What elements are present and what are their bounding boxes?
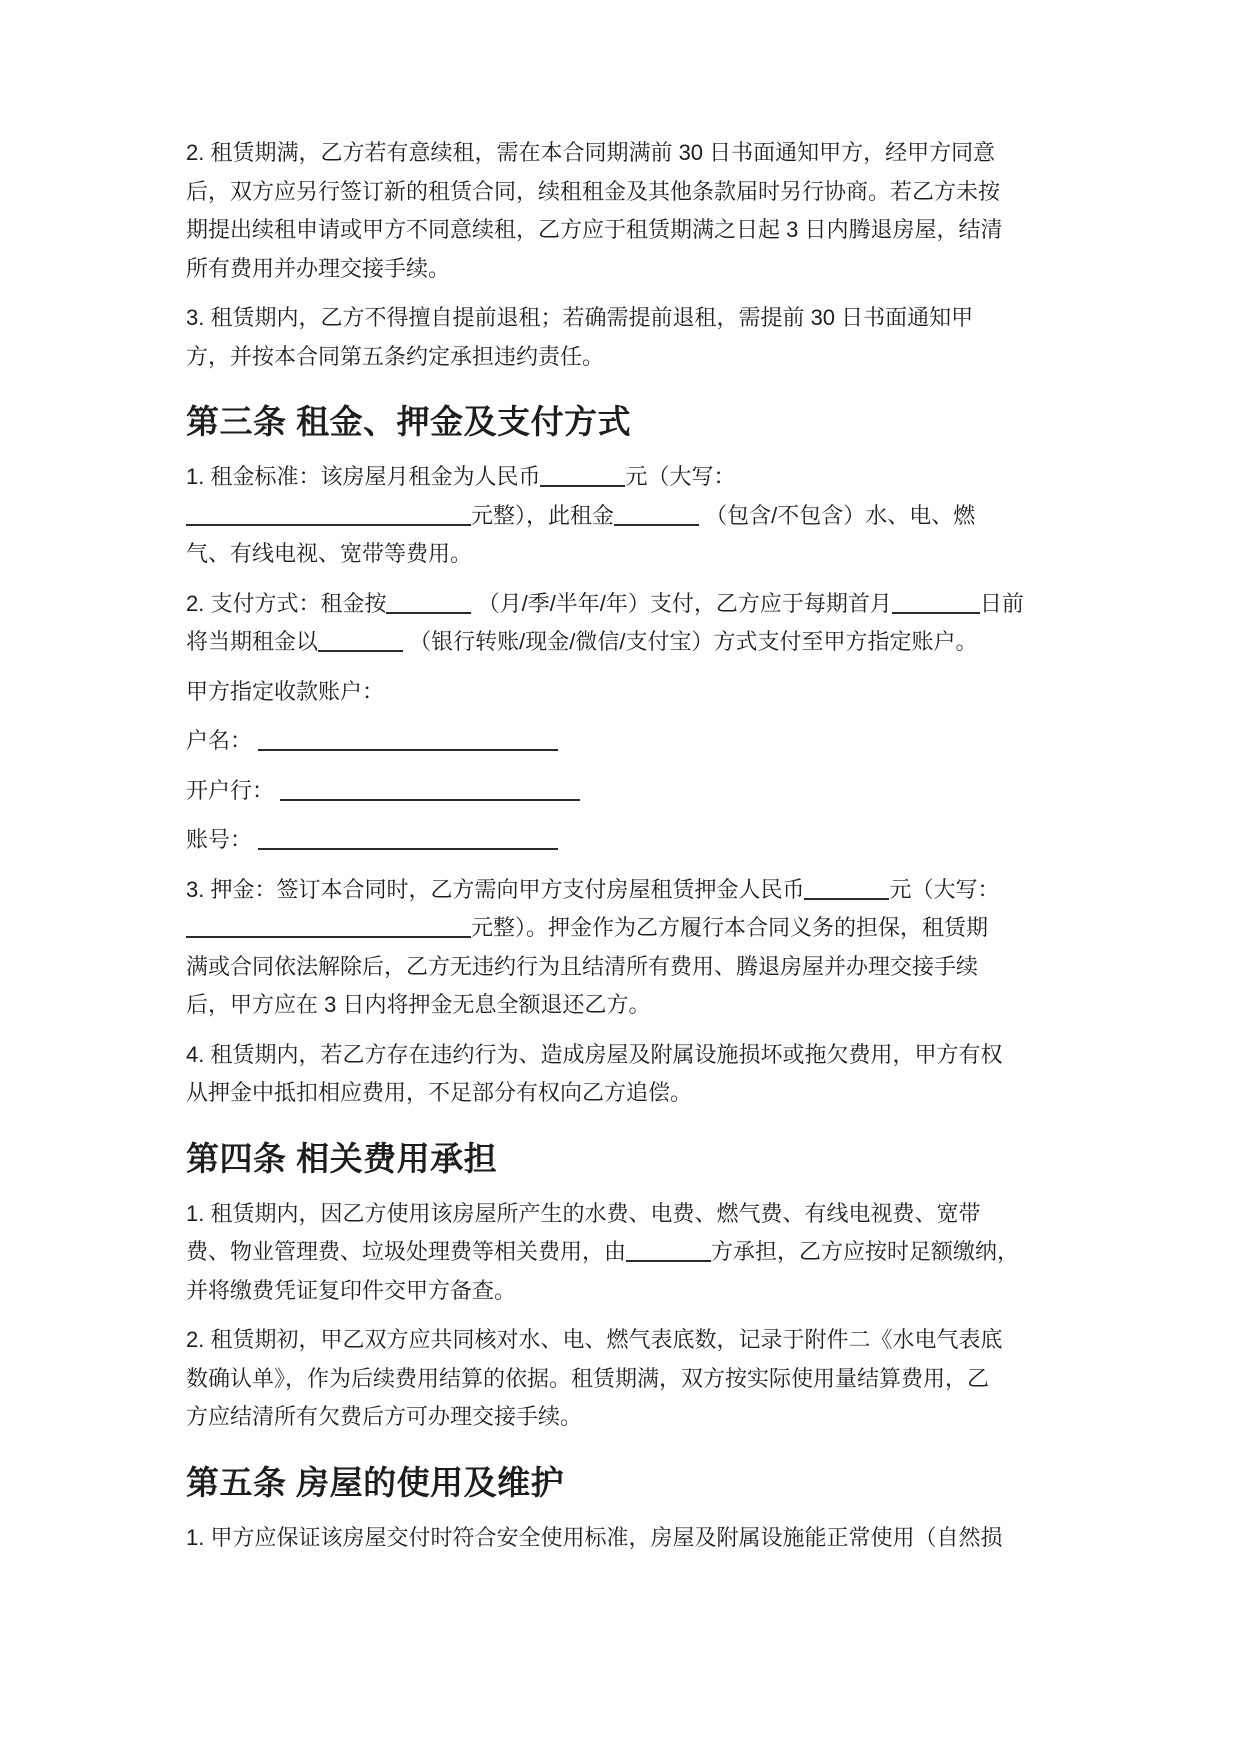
paragraph: 2. 租赁期满，乙方若有意续租，需在本合同期满前 30 日书面通知甲方，经甲方同… [186, 134, 1061, 288]
text-line: 3. 租赁期内，乙方不得擅自提前退租；若确需提前退租，需提前 30 日书面通知甲 [186, 299, 1061, 338]
paragraph: 2. 租赁期初，甲乙双方应共同核对水、电、燃气表底数，记录于附件二《水电气表底数… [186, 1321, 1061, 1437]
text-line: 4. 租赁期内，若乙方存在违约行为、造成房屋及附属设施损坏或拖欠费用，甲方有权 [186, 1036, 1061, 1075]
text-line: 元整），此租金 （包含/不包含）水、电、燃 [186, 497, 1061, 536]
text-line: 户名： [186, 722, 1061, 761]
fill-in-blank [258, 729, 558, 751]
paragraph: 户名： [186, 722, 1061, 761]
text-line: 3. 押金：签订本合同时，乙方需向甲方支付房屋租赁押金人民币元（大写： [186, 871, 1061, 910]
text-line: 数确认单》，作为后续费用结算的依据。租赁期满，双方按实际使用量结算费用，乙 [186, 1360, 1061, 1399]
text-line: 2. 支付方式：租金按 （月/季/半年/年）支付，乙方应于每期首月日前 [186, 585, 1061, 624]
fill-in-blank [280, 779, 580, 801]
section-heading: 第五条 房屋的使用及维护 [186, 1461, 1061, 1505]
paragraph: 甲方指定收款账户： [186, 673, 1061, 712]
text-line: 并将缴费凭证复印件交甲方备查。 [186, 1272, 1061, 1311]
paragraph: 1. 租金标准：该房屋月租金为人民币元（大写：元整），此租金 （包含/不包含）水… [186, 458, 1061, 574]
text-line: 期提出续租申请或甲方不同意续租，乙方应于租赁期满之日起 3 日内腾退房屋，结清 [186, 211, 1061, 250]
text-line: 气、有线电视、宽带等费用。 [186, 535, 1061, 574]
section-heading: 第四条 相关费用承担 [186, 1137, 1061, 1181]
fill-in-blank [626, 1240, 711, 1262]
paragraph: 4. 租赁期内，若乙方存在违约行为、造成房屋及附属设施损坏或拖欠费用，甲方有权从… [186, 1036, 1061, 1113]
fill-in-blank [892, 592, 980, 614]
text-line: 所有费用并办理交接手续。 [186, 250, 1061, 289]
section-heading: 第三条 租金、押金及支付方式 [186, 400, 1061, 444]
text-line: 方应结清所有欠费后方可办理交接手续。 [186, 1398, 1061, 1437]
contract-page: 2. 租赁期满，乙方若有意续租，需在本合同期满前 30 日书面通知甲方，经甲方同… [0, 0, 1241, 1755]
paragraph: 3. 租赁期内，乙方不得擅自提前退租；若确需提前退租，需提前 30 日书面通知甲… [186, 299, 1061, 376]
document-body: 2. 租赁期满，乙方若有意续租，需在本合同期满前 30 日书面通知甲方，经甲方同… [186, 134, 1061, 1568]
text-line: 方，并按本合同第五条约定承担违约责任。 [186, 338, 1061, 377]
fill-in-blank [804, 878, 889, 900]
text-line: 后，甲方应在 3 日内将押金无息全额退还乙方。 [186, 986, 1061, 1025]
text-line: 2. 租赁期初，甲乙双方应共同核对水、电、燃气表底数，记录于附件二《水电气表底 [186, 1321, 1061, 1360]
text-line: 后，双方应另行签订新的租赁合同，续租租金及其他条款届时另行协商。若乙方未按 [186, 173, 1061, 212]
text-line: 甲方指定收款账户： [186, 673, 1061, 712]
text-line: 元整）。押金作为乙方履行本合同义务的担保，租赁期 [186, 909, 1061, 948]
text-line: 满或合同依法解除后，乙方无违约行为且结清所有费用、腾退房屋并办理交接手续 [186, 948, 1061, 987]
fill-in-blank [540, 465, 625, 487]
text-line: 第五条 房屋的使用及维护 [186, 1461, 1061, 1505]
text-line: 2. 租赁期满，乙方若有意续租，需在本合同期满前 30 日书面通知甲方，经甲方同… [186, 134, 1061, 173]
paragraph: 1. 甲方应保证该房屋交付时符合安全使用标准，房屋及附属设施能正常使用（自然损 [186, 1519, 1061, 1558]
paragraph: 1. 租赁期内，因乙方使用该房屋所产生的水费、电费、燃气费、有线电视费、宽带费、… [186, 1195, 1061, 1311]
fill-in-blank [186, 504, 471, 526]
paragraph: 账号： [186, 821, 1061, 860]
fill-in-blank [258, 828, 558, 850]
text-line: 从押金中抵扣相应费用，不足部分有权向乙方追偿。 [186, 1074, 1061, 1113]
text-line: 1. 租赁期内，因乙方使用该房屋所产生的水费、电费、燃气费、有线电视费、宽带 [186, 1195, 1061, 1234]
paragraph: 开户行： [186, 772, 1061, 811]
text-line: 开户行： [186, 772, 1061, 811]
text-line: 1. 租金标准：该房屋月租金为人民币元（大写： [186, 458, 1061, 497]
paragraph: 2. 支付方式：租金按 （月/季/半年/年）支付，乙方应于每期首月日前将当期租金… [186, 585, 1061, 662]
fill-in-blank [186, 916, 471, 938]
fill-in-blank [614, 504, 699, 526]
text-line: 第四条 相关费用承担 [186, 1137, 1061, 1181]
text-line: 费、物业管理费、垃圾处理费等相关费用，由方承担，乙方应按时足额缴纳， [186, 1233, 1061, 1272]
text-line: 将当期租金以 （银行转账/现金/微信/支付宝）方式支付至甲方指定账户。 [186, 623, 1061, 662]
text-line: 第三条 租金、押金及支付方式 [186, 400, 1061, 444]
fill-in-blank [318, 630, 403, 652]
text-line: 账号： [186, 821, 1061, 860]
fill-in-blank [386, 592, 471, 614]
text-line: 1. 甲方应保证该房屋交付时符合安全使用标准，房屋及附属设施能正常使用（自然损 [186, 1519, 1061, 1558]
paragraph: 3. 押金：签订本合同时，乙方需向甲方支付房屋租赁押金人民币元（大写：元整）。押… [186, 871, 1061, 1025]
